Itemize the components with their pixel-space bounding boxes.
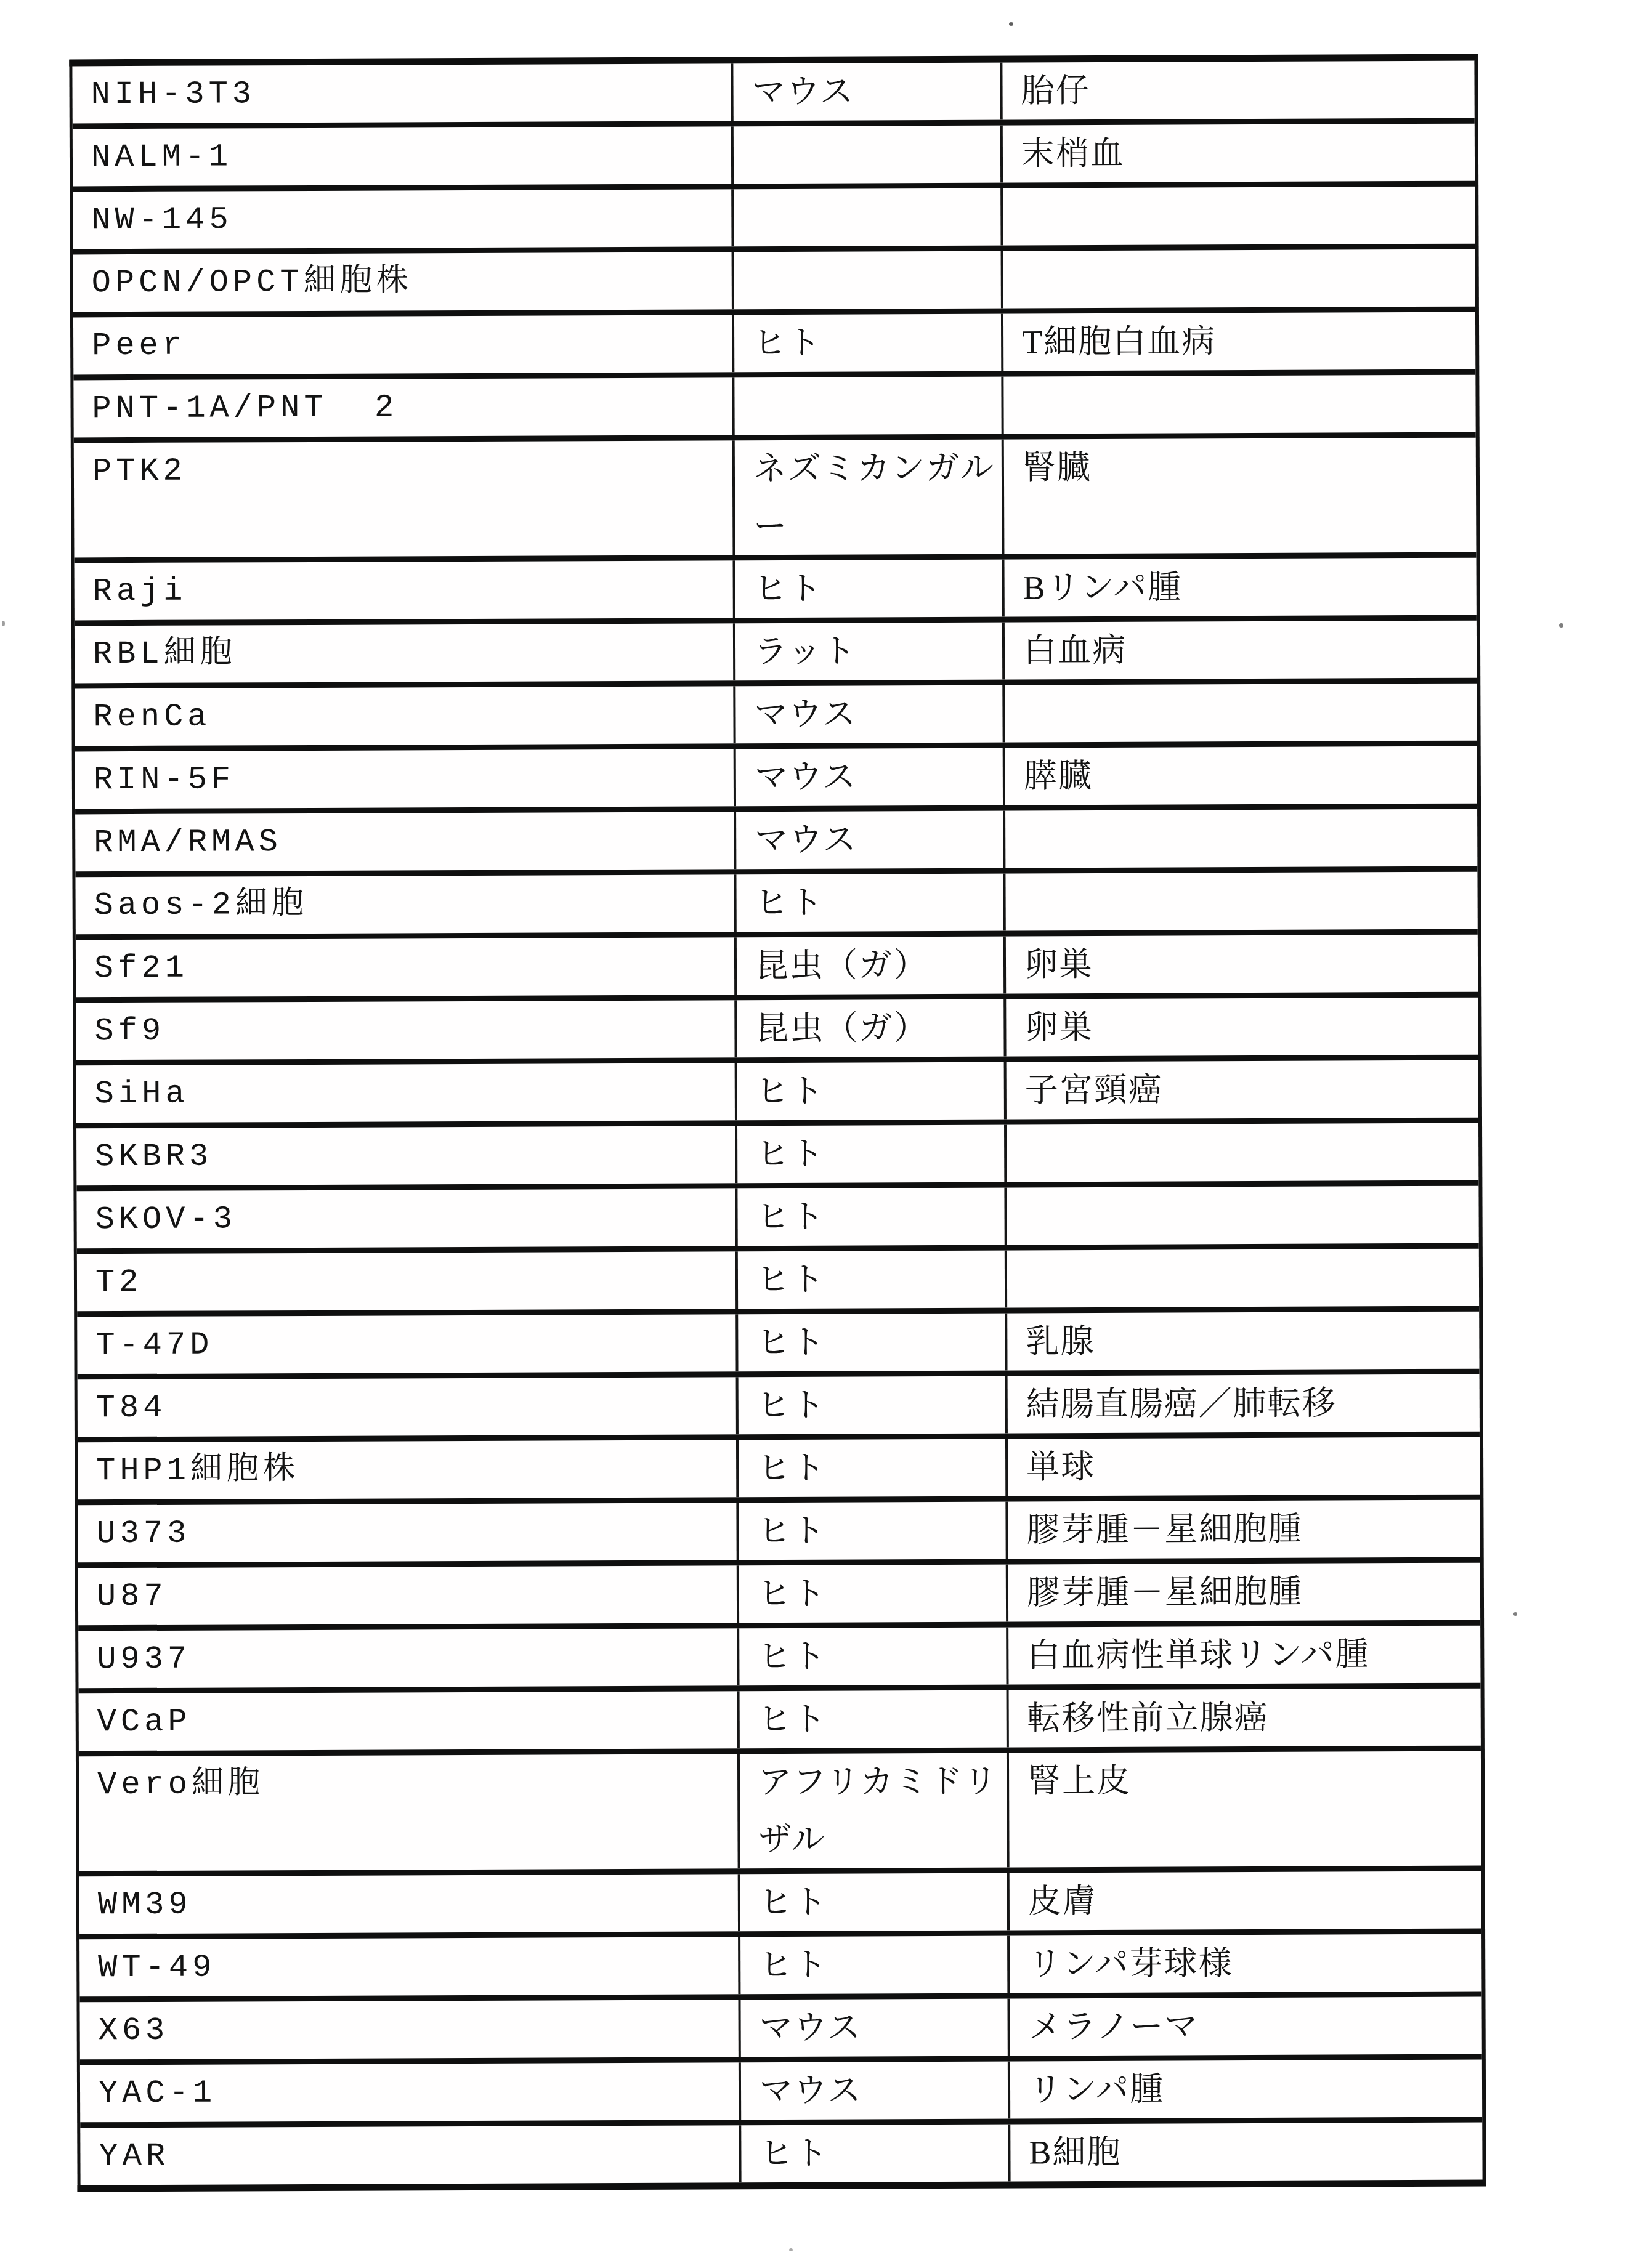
- organism-cell-text: ヒト: [759, 1937, 828, 1994]
- table-row: SiHaヒト子宮頸癌: [76, 1060, 1478, 1129]
- organism-cell-text: ラット: [754, 623, 857, 681]
- scan-noise-speck: [789, 2248, 793, 2251]
- tissue-cell: [1005, 872, 1477, 931]
- tissue-cell: 結腸直腸癌／肺転移: [1008, 1374, 1480, 1434]
- cell-line-cell: YAR: [80, 2125, 741, 2185]
- tissue-cell-text: 膠芽腫－星細胞腫: [1027, 1564, 1303, 1622]
- cell-line-cell: SKOV-3: [76, 1188, 737, 1248]
- tissue-cell: 腎臓: [1004, 438, 1477, 554]
- organism-cell: 昆虫（ガ）: [737, 999, 1006, 1058]
- organism-cell-text: ヒト: [757, 1503, 826, 1560]
- tissue-cell: 末梢血: [1003, 124, 1475, 183]
- table-row: NIH-3T3マウス胎仔: [72, 61, 1474, 129]
- cell-line-cell: NALM-1: [73, 126, 734, 186]
- tissue-cell: 胎仔: [1002, 61, 1474, 120]
- organism-cell: ヒト: [737, 1125, 1007, 1184]
- table-row: SKOV-3ヒト: [76, 1186, 1478, 1254]
- cell-line-cell-text: T2: [95, 1254, 143, 1311]
- table-row: YARヒトB細胞: [80, 2123, 1482, 2185]
- organism-cell: ヒト: [734, 314, 1003, 373]
- table-row: RajiヒトBリンパ腫: [75, 558, 1477, 626]
- cell-line-cell: Vero細胞: [79, 1754, 740, 1871]
- tissue-cell: 卵巣: [1006, 998, 1478, 1057]
- cell-line-cell: RBL細胞: [75, 623, 735, 683]
- organism-cell-text: アフリカミドリザル: [758, 1753, 1002, 1869]
- tissue-cell: [1003, 187, 1475, 246]
- table-row: T84ヒト結腸直腸癌／肺転移: [78, 1374, 1480, 1443]
- cell-line-cell: X63: [79, 2000, 740, 2059]
- cell-line-cell-text: Peer: [92, 317, 186, 375]
- cell-line-cell-text: SKBR3: [95, 1128, 213, 1186]
- cell-line-cell: Raji: [75, 560, 735, 620]
- cell-line-cell-text: OPCN/OPCT細胞株: [92, 253, 413, 312]
- table-row: SKBR3ヒト: [76, 1123, 1478, 1192]
- cell-line-cell-text: PTK2: [92, 443, 187, 501]
- organism-cell: マウス: [736, 748, 1005, 807]
- organism-cell-text: マウス: [759, 1999, 862, 2057]
- organism-cell: マウス: [740, 1999, 1010, 2057]
- tissue-cell: 転移性前立腺癌: [1009, 1689, 1481, 1748]
- organism-cell: ヒト: [739, 1502, 1008, 1560]
- tissue-cell: メラノーマ: [1010, 1997, 1481, 2056]
- organism-cell: 昆虫（ガ）: [737, 937, 1006, 995]
- organism-cell: ヒト: [741, 2125, 1010, 2183]
- table-row: U373ヒト膠芽腫－星細胞腫: [78, 1500, 1480, 1568]
- cell-line-cell: SKBR3: [76, 1126, 737, 1185]
- organism-cell-text: ヒト: [756, 1126, 825, 1183]
- organism-cell: ネズミカンガルー: [735, 440, 1005, 555]
- organism-cell: ヒト: [739, 1439, 1008, 1498]
- cell-line-cell-text: Sf21: [94, 940, 188, 998]
- scan-noise-speck: [1559, 623, 1563, 628]
- organism-cell: ヒト: [738, 1251, 1007, 1309]
- organism-cell: マウス: [735, 685, 1005, 744]
- organism-cell: マウス: [736, 811, 1005, 870]
- tissue-cell: 子宮頸癌: [1007, 1060, 1478, 1120]
- table-row: U937ヒト白血病性単球リンパ腫: [78, 1626, 1480, 1694]
- organism-cell: [734, 251, 1003, 310]
- cell-line-cell: RenCa: [75, 686, 735, 746]
- tissue-cell: 単球: [1008, 1437, 1480, 1496]
- table-row: THP1細胞株ヒト単球: [78, 1437, 1480, 1506]
- cell-line-cell: T2: [77, 1251, 738, 1311]
- table-body: NIH-3T3マウス胎仔NALM-1末梢血NW-145OPCN/OPCT細胞株P…: [72, 61, 1482, 2185]
- cell-line-cell-text: Raji: [93, 563, 187, 621]
- tissue-cell-text: 子宮頸癌: [1025, 1062, 1163, 1120]
- cell-line-cell: RIN-5F: [75, 749, 736, 809]
- organism-cell-text: ヒト: [758, 1628, 827, 1685]
- table-row: U87ヒト膠芽腫－星細胞腫: [78, 1563, 1480, 1631]
- cell-line-cell-text: RenCa: [93, 688, 211, 746]
- tissue-cell-text: 卵巣: [1024, 999, 1093, 1056]
- table-row: T-47Dヒト乳腺: [77, 1312, 1479, 1380]
- tissue-cell: 白血病: [1005, 621, 1477, 680]
- tissue-cell: 白血病性単球リンパ腫: [1008, 1626, 1480, 1685]
- cell-line-cell-text: NALM-1: [91, 128, 233, 186]
- tissue-cell: [1007, 1186, 1478, 1245]
- tissue-cell-text: 乳腺: [1026, 1313, 1095, 1370]
- cell-line-cell: Sf9: [76, 1000, 737, 1060]
- organism-cell: ヒト: [740, 1873, 1010, 1932]
- organism-cell: ヒト: [735, 560, 1004, 618]
- cell-line-cell: NW-145: [73, 189, 734, 249]
- tissue-cell-text: 腎臓: [1023, 439, 1092, 496]
- tissue-cell: 皮膚: [1010, 1871, 1481, 1931]
- cell-line-cell-text: NIH-3T3: [91, 65, 256, 123]
- organism-cell-text: ヒト: [758, 1565, 827, 1623]
- tissue-cell-text: リンパ腫: [1029, 2061, 1165, 2119]
- organism-cell: ヒト: [738, 1314, 1007, 1372]
- scan-noise-speck: [1513, 1612, 1517, 1616]
- tissue-cell: リンパ腫: [1010, 2060, 1482, 2119]
- organism-cell-text: ヒト: [760, 2125, 829, 2182]
- tissue-cell: B細胞: [1010, 2123, 1482, 2182]
- organism-cell: ヒト: [737, 1188, 1007, 1246]
- tissue-cell: 膠芽腫－星細胞腫: [1008, 1500, 1480, 1559]
- table-row: RenCaマウス: [75, 684, 1477, 752]
- cell-line-cell: OPCN/OPCT細胞株: [73, 252, 734, 312]
- tissue-cell: [1007, 1249, 1479, 1308]
- tissue-cell: Bリンパ腫: [1004, 558, 1476, 617]
- tissue-cell: [1005, 809, 1477, 868]
- tissue-cell-text: メラノーマ: [1028, 1998, 1199, 2056]
- table-row: PNT-1A/PNT 2: [73, 375, 1475, 443]
- scanned-document-page: NIH-3T3マウス胎仔NALM-1末梢血NW-145OPCN/OPCT細胞株P…: [0, 0, 1649, 2268]
- cell-line-cell: NIH-3T3: [72, 63, 733, 123]
- table-row: PTK2ネズミカンガルー腎臓: [74, 438, 1477, 563]
- organism-cell: [734, 188, 1003, 247]
- cell-line-cell-text: T84: [96, 1379, 167, 1437]
- cell-line-cell-text: RIN-5F: [94, 751, 235, 809]
- cell-line-cell-text: RMA/RMAS: [94, 813, 282, 871]
- cell-line-cell: T84: [78, 1377, 739, 1437]
- table-row: YAC-1マウスリンパ腫: [80, 2060, 1482, 2128]
- organism-cell-text: ヒト: [758, 1691, 827, 1748]
- cell-line-cell-text: RBL細胞: [93, 625, 237, 683]
- tissue-cell: [1003, 249, 1475, 309]
- tissue-cell: [1007, 1123, 1478, 1182]
- table-row: WT-49ヒトリンパ芽球様: [79, 1934, 1481, 2003]
- cell-line-cell-text: U937: [97, 1631, 191, 1689]
- table-row: PeerヒトT細胞白血病: [73, 312, 1475, 381]
- cell-line-cell: Peer: [73, 315, 734, 374]
- table-row: OPCN/OPCT細胞株: [73, 249, 1475, 318]
- table-row: NALM-1末梢血: [73, 124, 1475, 192]
- cell-line-cell: WT-49: [79, 1937, 740, 1996]
- cell-line-cell: U373: [78, 1503, 739, 1562]
- tissue-cell: 乳腺: [1007, 1312, 1479, 1371]
- tissue-cell: 膵臓: [1005, 746, 1477, 805]
- tissue-cell: T細胞白血病: [1003, 312, 1475, 371]
- cell-line-cell: PTK2: [74, 440, 735, 557]
- cell-line-cell-text: SiHa: [95, 1065, 189, 1123]
- tissue-cell-text: Bリンパ腫: [1023, 559, 1182, 616]
- organism-cell: ヒト: [740, 1936, 1010, 1995]
- cell-line-table: NIH-3T3マウス胎仔NALM-1末梢血NW-145OPCN/OPCT細胞株P…: [69, 54, 1486, 2192]
- tissue-cell-text: 末梢血: [1021, 125, 1125, 183]
- tissue-cell-text: リンパ芽球様: [1028, 1935, 1233, 1993]
- cell-line-cell: U87: [78, 1565, 739, 1625]
- tissue-cell-text: 卵巣: [1024, 936, 1093, 993]
- tissue-cell-text: B細胞: [1029, 2124, 1121, 2182]
- organism-cell: ヒト: [736, 874, 1005, 932]
- cell-line-cell-text: X63: [98, 2002, 169, 2059]
- tissue-cell: 卵巣: [1006, 935, 1478, 994]
- tissue-cell-text: 膠芽腫－星細胞腫: [1026, 1501, 1302, 1559]
- organism-cell-text: ヒト: [755, 874, 824, 932]
- cell-line-cell-text: YAC-1: [99, 2065, 216, 2123]
- organism-cell-text: マウス: [760, 2062, 862, 2120]
- cell-line-cell: Saos-2細胞: [75, 874, 736, 934]
- cell-line-cell: SiHa: [76, 1063, 737, 1123]
- organism-cell: [734, 126, 1003, 184]
- cell-line-cell-text: Sf9: [94, 1003, 165, 1060]
- tissue-cell-text: 膵臓: [1024, 748, 1093, 805]
- tissue-cell-text: 単球: [1026, 1439, 1095, 1496]
- cell-line-cell-text: THP1細胞株: [96, 1442, 299, 1499]
- organism-cell-text: マウス: [755, 749, 857, 807]
- cell-line-cell-text: Saos-2細胞: [94, 876, 308, 934]
- table-row: T2ヒト: [77, 1249, 1479, 1317]
- organism-cell-text: ヒト: [756, 1251, 825, 1309]
- tissue-cell: [1003, 375, 1475, 434]
- cell-line-cell-text: VCaP: [97, 1693, 192, 1751]
- organism-cell-text: ヒト: [753, 560, 822, 618]
- tissue-cell-text: T細胞白血病: [1022, 313, 1216, 371]
- organism-cell-text: マウス: [755, 812, 857, 870]
- organism-cell: ヒト: [740, 1690, 1009, 1749]
- organism-cell-text: ヒト: [759, 1874, 828, 1931]
- table-row: RIN-5Fマウス膵臓: [75, 746, 1477, 815]
- tissue-cell-text: 結腸直腸癌／肺転移: [1026, 1375, 1337, 1434]
- table-row: RMA/RMASマウス: [75, 809, 1477, 878]
- organism-cell: ヒト: [737, 1062, 1007, 1121]
- organism-cell: ラット: [735, 623, 1005, 681]
- cell-line-cell-text: WT-49: [98, 1939, 216, 1997]
- organism-cell-text: ヒト: [756, 1063, 825, 1120]
- cell-line-cell: Sf21: [76, 937, 737, 997]
- table-row: X63マウスメラノーマ: [79, 1997, 1481, 2065]
- cell-line-cell: T-47D: [77, 1314, 738, 1374]
- organism-cell-text: マウス: [754, 686, 857, 744]
- organism-cell: マウス: [733, 63, 1002, 121]
- tissue-cell-text: 白血病性単球リンパ腫: [1027, 1626, 1370, 1684]
- organism-cell-text: ヒト: [757, 1377, 826, 1434]
- table-row: Sf21昆虫（ガ）卵巣: [76, 935, 1478, 1003]
- cell-line-cell-text: PNT-1A/PNT 2: [92, 379, 398, 437]
- organism-cell-text: ヒト: [756, 1188, 825, 1246]
- scan-noise-speck: [2, 621, 5, 626]
- cell-line-cell: PNT-1A/PNT 2: [73, 377, 734, 437]
- cell-line-cell-text: YAR: [99, 2128, 169, 2185]
- cell-line-cell-text: Vero細胞: [97, 1756, 264, 1814]
- cell-line-cell: VCaP: [79, 1691, 740, 1751]
- tissue-cell-text: 胎仔: [1021, 62, 1090, 119]
- cell-line-cell-text: WM39: [98, 1876, 192, 1934]
- tissue-cell: リンパ芽球様: [1010, 1934, 1481, 1993]
- organism-cell-text: マウス: [752, 63, 854, 121]
- cell-line-cell: U937: [78, 1628, 739, 1688]
- tissue-cell-text: 白血病: [1023, 622, 1127, 680]
- organism-cell: [734, 377, 1003, 435]
- organism-cell-text: ヒト: [756, 1314, 825, 1371]
- table-row: Vero細胞アフリカミドリザル腎上皮: [79, 1751, 1481, 1877]
- tissue-cell: [1005, 684, 1477, 743]
- organism-cell: ヒト: [739, 1565, 1008, 1623]
- scan-noise-speck: [1009, 22, 1013, 26]
- organism-cell-text: ヒト: [757, 1440, 826, 1497]
- cell-line-cell: YAC-1: [80, 2062, 741, 2122]
- tissue-cell-text: 転移性前立腺癌: [1027, 1689, 1269, 1748]
- tissue-cell-text: 腎上皮: [1027, 1753, 1131, 1810]
- tissue-cell-text: 皮膚: [1028, 1873, 1097, 1930]
- organism-cell: マウス: [741, 2062, 1010, 2120]
- cell-line-cell: RMA/RMAS: [75, 812, 736, 871]
- cell-line-cell: WM39: [79, 1874, 740, 1934]
- cell-line-cell: THP1細胞株: [78, 1440, 739, 1499]
- table-row: Sf9昆虫（ガ）卵巣: [76, 998, 1478, 1066]
- cell-line-cell-text: T-47D: [95, 1317, 213, 1374]
- table-row: RBL細胞ラット白血病: [75, 621, 1477, 689]
- organism-cell-text: 昆虫（ガ）: [755, 937, 928, 995]
- cell-line-cell-text: U87: [97, 1568, 168, 1625]
- cell-line-cell-text: SKOV-3: [95, 1190, 237, 1248]
- table-row: Saos-2細胞ヒト: [75, 872, 1477, 940]
- table-row: WM39ヒト皮膚: [79, 1871, 1481, 1940]
- tissue-cell: 膠芽腫－星細胞腫: [1008, 1563, 1480, 1622]
- organism-cell-text: ヒト: [753, 315, 822, 372]
- table-row: VCaPヒト転移性前立腺癌: [79, 1689, 1481, 1757]
- organism-cell-text: 昆虫（ガ）: [755, 999, 928, 1057]
- organism-cell-text: ネズミカンガルー: [753, 440, 997, 555]
- tissue-cell: 腎上皮: [1009, 1751, 1481, 1868]
- cell-line-cell-text: U373: [96, 1505, 190, 1563]
- organism-cell: ヒト: [739, 1628, 1008, 1686]
- organism-cell: ヒト: [739, 1376, 1008, 1435]
- cell-line-cell-text: NW-145: [91, 191, 233, 249]
- table-row: NW-145: [73, 187, 1475, 255]
- organism-cell: アフリカミドリザル: [740, 1753, 1010, 1869]
